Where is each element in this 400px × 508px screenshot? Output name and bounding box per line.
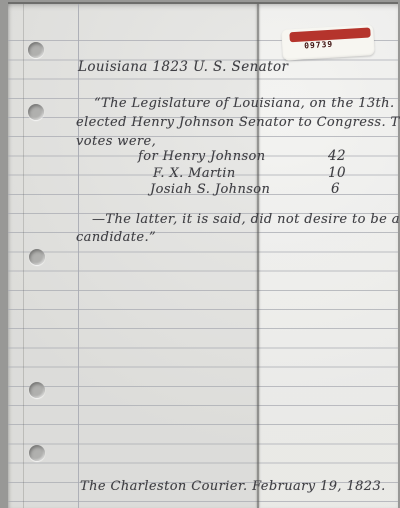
catalog-number: 09739 [304, 40, 334, 51]
notebook-paper [8, 2, 398, 508]
quote-line-1: “The Legislature of Louisiana, on the 13… [94, 96, 400, 112]
punch-hole-3 [29, 249, 45, 265]
vertical-fold-shadow [257, 4, 259, 508]
citation-line: The Charleston Courier. February 19, 182… [80, 479, 386, 495]
vote-row-3-name: Josiah S. Johnson [150, 182, 270, 198]
punch-hole-1 [28, 42, 44, 58]
ruled-lines [8, 22, 398, 508]
vote-row-2-name: F. X. Martin [153, 166, 236, 182]
heading-line: Louisiana 1823 U. S. Senator [78, 59, 288, 75]
note-line-2: candidate.” [76, 230, 156, 246]
binding-crease [23, 4, 24, 508]
vote-row-2-count: 10 [328, 165, 346, 181]
vote-row-1-name: for Henry Johnson [138, 149, 266, 165]
vote-row-1-count: 42 [328, 148, 346, 164]
vote-row-3-count: 6 [331, 181, 340, 197]
quote-line-3: votes were, [76, 134, 156, 150]
quote-line-2: elected Henry Johnson Senator to Congres… [76, 115, 400, 131]
punch-hole-2 [28, 104, 44, 120]
scanned-document-page: { "document": { "catalog_number": "09739… [0, 0, 400, 508]
catalog-label-sticker: 09739 [281, 24, 375, 61]
punch-hole-4 [29, 382, 45, 398]
punch-hole-5 [29, 445, 45, 461]
margin-rule-line [78, 4, 79, 508]
note-line-1: —The latter, it is said, did not desire … [92, 212, 400, 228]
